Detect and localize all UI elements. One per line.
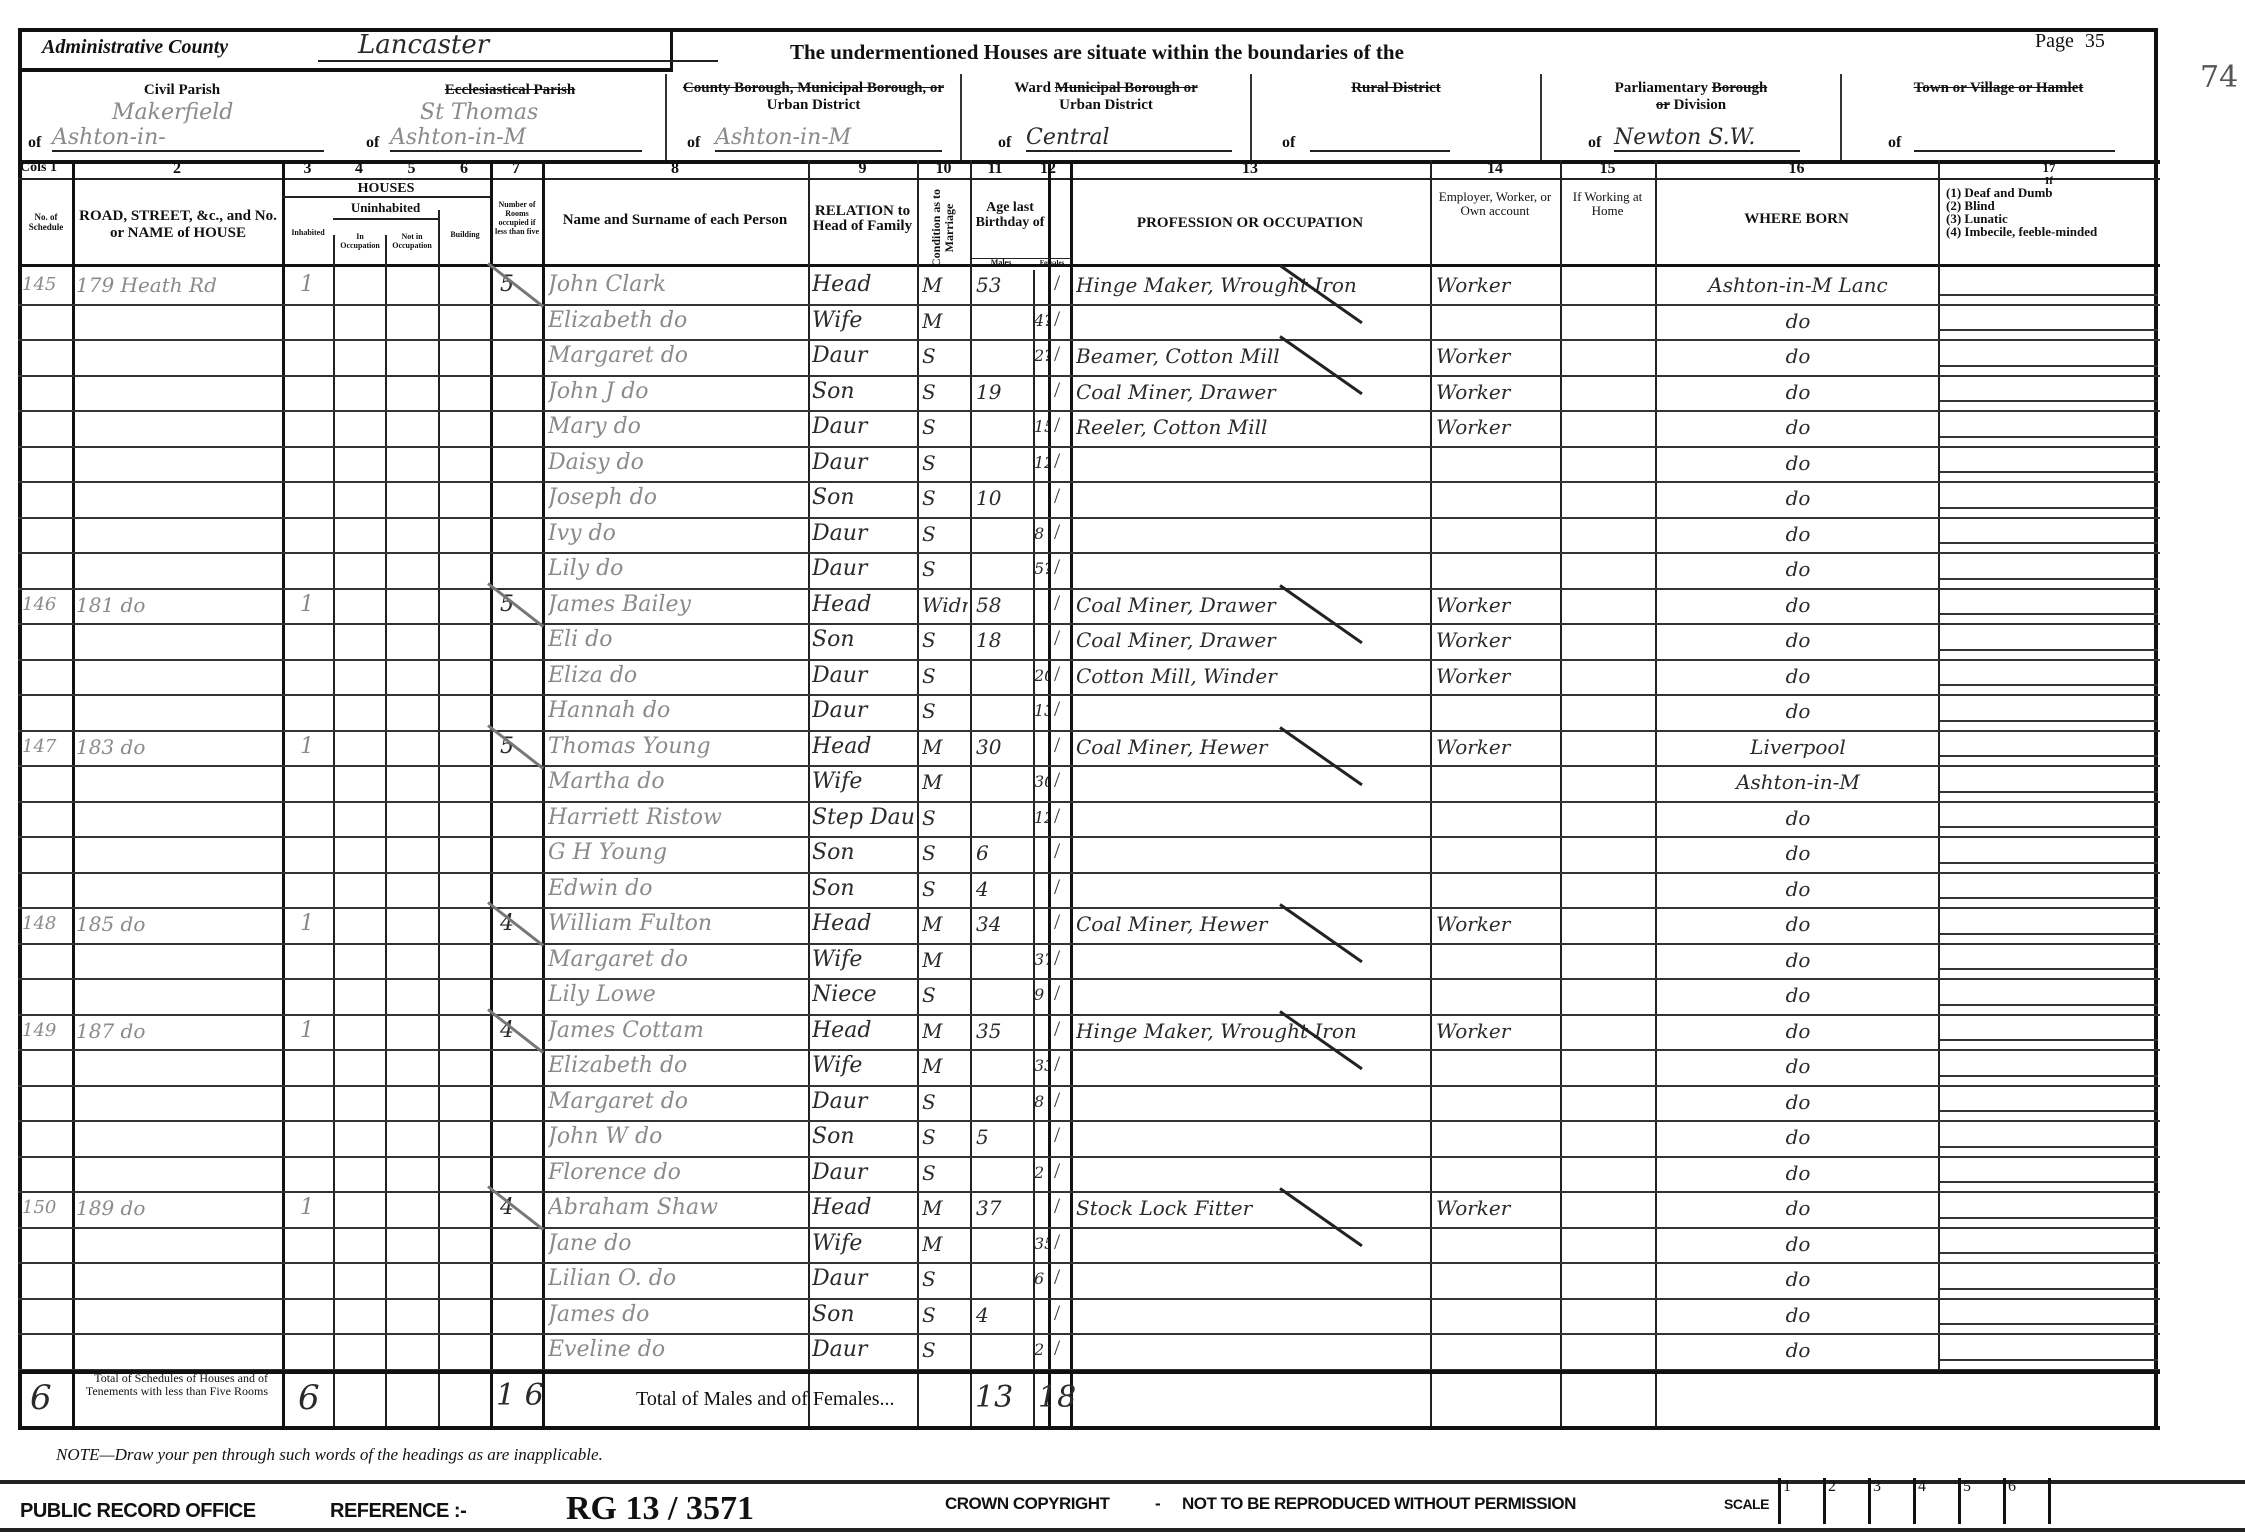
cell-age-f: 35 — [1034, 1227, 1048, 1261]
cell-inhabited — [300, 978, 330, 1012]
cell-inhabited: 1 — [300, 907, 330, 941]
cell-name: Lily Lowe — [548, 978, 806, 1012]
cell-name: James Bailey — [548, 588, 806, 622]
cell-address — [76, 1333, 280, 1367]
cell-relation: Daur — [812, 694, 916, 728]
infirmity-rule — [1940, 968, 2158, 970]
check-mark-icon: / — [1054, 980, 1060, 1006]
total-rooms-a: 1 — [496, 1378, 515, 1413]
cell-relation: Wife — [812, 1049, 916, 1083]
total-females: 18 — [1038, 1380, 1076, 1415]
cell-employment: Worker — [1436, 907, 1558, 941]
cell-relation: Daur — [812, 517, 916, 551]
cell-address — [76, 304, 280, 338]
area-ward: Ward Municipal Borough or Urban District… — [960, 74, 1250, 160]
of-label: of — [1282, 134, 1295, 152]
cell-born: do — [1660, 588, 1936, 622]
cell-condition: S — [922, 375, 968, 409]
total-males: 13 — [975, 1380, 1013, 1415]
cell-address — [76, 1085, 280, 1119]
check-mark-icon: / — [1054, 483, 1060, 509]
cell-address — [76, 978, 280, 1012]
cell-name: Eliza do — [548, 659, 806, 693]
cell-relation: Daur — [812, 446, 916, 480]
cell-relation: Step Daur — [812, 801, 916, 835]
cell-inhabited — [300, 1120, 330, 1154]
cell-schedule — [22, 1120, 72, 1154]
col-divider — [808, 160, 810, 1430]
check-mark-icon: / — [1054, 945, 1060, 971]
cell-age-m: 37 — [976, 1191, 1030, 1225]
cell-name: Margaret do — [548, 1085, 806, 1119]
cell-born: do — [1660, 801, 1936, 835]
cell-inhabited — [300, 1333, 330, 1367]
area-label: Rural District — [1252, 80, 1540, 97]
cell-inhabited — [300, 1298, 330, 1332]
cell-relation: Daur — [812, 1156, 916, 1190]
cell-address — [76, 836, 280, 870]
infirmity-rule — [1940, 1252, 2158, 1254]
totals-bottom-border — [18, 1426, 2160, 1430]
cell-condition: S — [922, 872, 968, 906]
cell-relation: Daur — [812, 339, 916, 373]
cell-employment: Worker — [1436, 268, 1558, 302]
cell-born: do — [1660, 304, 1936, 338]
cell-born: do — [1660, 410, 1936, 444]
col-age-heading: Age last Birthday of — [972, 200, 1048, 230]
colnum-4: 4 — [333, 160, 385, 180]
cell-age-f — [1034, 730, 1048, 764]
cell-condition: S — [922, 1262, 968, 1296]
cell-address — [76, 410, 280, 444]
area-value: Ashton-in- — [52, 125, 324, 152]
cell-address — [76, 552, 280, 586]
uninhabited-heading: Uninhabited — [333, 200, 438, 215]
cell-schedule — [22, 410, 72, 444]
cell-age-m — [976, 943, 1030, 977]
cell-born: do — [1660, 339, 1936, 373]
cell-rooms — [500, 304, 540, 338]
of-label: of — [687, 134, 700, 152]
check-mark-icon: / — [1054, 554, 1060, 580]
cell-relation: Son — [812, 375, 916, 409]
cell-address — [76, 1298, 280, 1332]
cell-address — [76, 1262, 280, 1296]
page-label: Page — [2035, 30, 2074, 52]
cell-address — [76, 1120, 280, 1154]
cell-employment — [1436, 694, 1558, 728]
cell-address: 189 do — [76, 1191, 280, 1225]
footer-scale-label: SCALE — [1724, 1496, 1769, 1512]
cell-age-m: 5 — [976, 1120, 1030, 1154]
cell-relation: Wife — [812, 765, 916, 799]
cell-age-f: 37 — [1034, 943, 1048, 977]
cell-address — [76, 375, 280, 409]
cell-employment — [1436, 1085, 1558, 1119]
cell-inhabited — [300, 552, 330, 586]
cell-age-f: 8 — [1034, 517, 1048, 551]
col-divider — [385, 235, 387, 1430]
cell-occupation — [1076, 1298, 1428, 1332]
scale-tick: 6 — [2003, 1478, 2047, 1524]
cell-rooms — [500, 446, 540, 480]
cell-employment: Worker — [1436, 730, 1558, 764]
cell-schedule — [22, 1156, 72, 1190]
cell-occupation — [1076, 978, 1428, 1012]
check-mark-icon: / — [1054, 306, 1060, 332]
cell-employment — [1436, 1333, 1558, 1367]
footer-reference-label: REFERENCE :- — [330, 1500, 466, 1523]
cell-relation: Son — [812, 481, 916, 515]
footer-restriction: NOT TO BE REPRODUCED WITHOUT PERMISSION — [1182, 1494, 1576, 1514]
cell-occupation: Cotton Mill, Winder — [1076, 659, 1428, 693]
check-mark-icon: / — [1054, 1335, 1060, 1361]
cell-age-m — [976, 1085, 1030, 1119]
cell-relation: Son — [812, 623, 916, 657]
cell-relation: Head — [812, 588, 916, 622]
cell-schedule — [22, 623, 72, 657]
cell-condition: S — [922, 978, 968, 1012]
cell-age-m: 34 — [976, 907, 1030, 941]
cell-born: do — [1660, 943, 1936, 977]
area-rural-district: Rural District of — [1250, 74, 1540, 160]
cell-name: John J do — [548, 375, 806, 409]
cell-employment — [1436, 1262, 1558, 1296]
col-divider — [438, 210, 440, 1430]
cell-inhabited — [300, 375, 330, 409]
cell-condition: S — [922, 801, 968, 835]
cell-schedule — [22, 375, 72, 409]
cell-rooms — [500, 1085, 540, 1119]
check-mark-icon: / — [1054, 1264, 1060, 1290]
cell-relation: Son — [812, 836, 916, 870]
check-mark-icon: / — [1054, 590, 1060, 616]
cell-address — [76, 1049, 280, 1083]
cell-address: 185 do — [76, 907, 280, 941]
cell-rooms — [500, 943, 540, 977]
cell-address — [76, 339, 280, 373]
cell-age-f — [1034, 1120, 1048, 1154]
cell-schedule — [22, 1227, 72, 1261]
cell-relation: Son — [812, 1298, 916, 1332]
cell-age-f: 4? — [1034, 304, 1048, 338]
check-mark-icon: / — [1054, 448, 1060, 474]
cell-born: do — [1660, 1298, 1936, 1332]
cell-schedule — [22, 694, 72, 728]
cell-address: 187 do — [76, 1014, 280, 1048]
scale-tick: 5 — [1958, 1478, 2002, 1524]
cell-name: Martha do — [548, 765, 806, 799]
infirmity-rule — [1940, 1359, 2158, 1361]
check-mark-icon: / — [1054, 1016, 1060, 1042]
cell-condition: S — [922, 552, 968, 586]
cell-rooms — [500, 765, 540, 799]
cell-employment — [1436, 481, 1558, 515]
cell-occupation — [1076, 552, 1428, 586]
cell-occupation — [1076, 481, 1428, 515]
cell-rooms — [500, 1049, 540, 1083]
infirmity-rule — [1940, 365, 2158, 367]
cell-age-f: 33 — [1034, 1049, 1048, 1083]
infirmity-rule — [1940, 471, 2158, 473]
page-title: The undermentioned Houses are situate wi… — [790, 40, 1404, 65]
col-relation-heading: RELATION to Head of Family — [810, 204, 915, 234]
cell-schedule — [22, 765, 72, 799]
area-label-struck: Municipal Borough or — [1055, 80, 1198, 96]
cell-inhabited — [300, 765, 330, 799]
cell-schedule — [22, 1049, 72, 1083]
cell-name: William Fulton — [548, 907, 806, 941]
county-label: Administrative County — [42, 36, 228, 59]
check-mark-icon: / — [1054, 625, 1060, 651]
of-label: of — [1888, 134, 1901, 152]
page-number: 35 — [2085, 30, 2105, 52]
cell-name: Mary do — [548, 410, 806, 444]
cell-rooms — [500, 552, 540, 586]
cell-condition: M — [922, 730, 968, 764]
area-value: Central — [1026, 125, 1232, 152]
infirmity-rule — [1940, 578, 2158, 580]
cell-age-m — [976, 1049, 1030, 1083]
cell-address — [76, 801, 280, 835]
col-males-heading: Males — [972, 259, 1030, 267]
check-mark-icon: / — [1054, 1087, 1060, 1113]
colnum-2: 2 — [72, 160, 282, 180]
col-infirmity-heading: (1) Deaf and Dumb (2) Blind (3) Lunatic … — [1946, 186, 2156, 238]
cell-relation: Wife — [812, 304, 916, 338]
cell-rooms — [500, 694, 540, 728]
col-females-heading: Females — [1034, 259, 1070, 267]
col-divider — [970, 160, 972, 1430]
col-employment-heading: Employer, Worker, or Own account — [1432, 190, 1558, 218]
area-value — [1914, 150, 2115, 152]
cell-employment — [1436, 1049, 1558, 1083]
cell-schedule — [22, 1298, 72, 1332]
cell-age-f: 5? — [1034, 552, 1048, 586]
cell-inhabited — [300, 836, 330, 870]
cell-name: Daisy do — [548, 446, 806, 480]
cell-age-m — [976, 1227, 1030, 1261]
cell-rooms — [500, 1262, 540, 1296]
check-mark-icon: / — [1054, 767, 1060, 793]
cell-name: Eveline do — [548, 1333, 806, 1367]
cell-employment — [1436, 943, 1558, 977]
check-mark-icon: / — [1054, 661, 1060, 687]
cell-age-m — [976, 978, 1030, 1012]
col-divider — [72, 160, 75, 1430]
cell-born: do — [1660, 1333, 1936, 1367]
footer-bottom-rule — [0, 1528, 2245, 1532]
infirmity-rule — [1940, 862, 2158, 864]
cell-condition: M — [922, 1191, 968, 1225]
cell-inhabited: 1 — [300, 588, 330, 622]
cell-address — [76, 517, 280, 551]
check-mark-icon: / — [1054, 519, 1060, 545]
area-label: Urban District — [667, 97, 960, 114]
check-mark-icon: / — [1054, 270, 1060, 296]
cell-age-f: 2 — [1034, 1333, 1048, 1367]
cell-schedule — [22, 517, 72, 551]
area-parliamentary-division: Parliamentary Borough or Division of New… — [1540, 74, 1840, 160]
footer-copyright: CROWN COPYRIGHT — [945, 1494, 1109, 1514]
check-mark-icon: / — [1054, 1193, 1060, 1219]
cell-age-m — [976, 339, 1030, 373]
cell-occupation — [1076, 1156, 1428, 1190]
colnum-13: 13 — [1070, 160, 1430, 180]
cell-schedule: 147 — [22, 730, 72, 764]
cell-age-f: 2 — [1034, 1156, 1048, 1190]
cell-occupation — [1076, 836, 1428, 870]
cell-occupation — [1076, 517, 1428, 551]
cell-inhabited — [300, 1049, 330, 1083]
colnum-10: 10 — [917, 160, 970, 180]
colnum-1: Cols 1 — [20, 160, 72, 180]
infirmity-rule — [1940, 755, 2158, 757]
total-persons-label: Total of Males and of Females... — [636, 1388, 895, 1411]
cell-relation: Niece — [812, 978, 916, 1012]
col-divider — [1655, 160, 1657, 1430]
cell-name: G H Young — [548, 836, 806, 870]
cell-condition: S — [922, 1333, 968, 1367]
scale-tick: 1 — [1778, 1478, 1822, 1524]
scale-end — [2048, 1478, 2053, 1524]
cell-age-m: 4 — [976, 872, 1030, 906]
cell-rooms — [500, 1156, 540, 1190]
infirmity-rule — [1940, 826, 2158, 828]
area-label: Ecclesiastical Parish — [360, 82, 660, 99]
check-mark-icon: / — [1054, 838, 1060, 864]
area-label: Civil Parish — [22, 82, 342, 99]
cell-schedule — [22, 1333, 72, 1367]
cell-age-f — [1034, 268, 1048, 302]
total-rooms: 1 6 — [496, 1378, 544, 1413]
infirmity-rule — [1940, 791, 2158, 793]
cell-rooms — [500, 410, 540, 444]
cell-born: do — [1660, 907, 1936, 941]
cell-condition: S — [922, 694, 968, 728]
cell-born: do — [1660, 446, 1936, 480]
cell-employment — [1436, 304, 1558, 338]
cell-born: Liverpool — [1660, 730, 1936, 764]
cell-address — [76, 659, 280, 693]
cell-age-f: 8 — [1034, 1085, 1048, 1119]
cell-relation: Wife — [812, 943, 916, 977]
cell-employment — [1436, 978, 1558, 1012]
cell-condition: M — [922, 943, 968, 977]
cell-employment — [1436, 872, 1558, 906]
infirmity-rule — [1940, 1075, 2158, 1077]
colnum-11: 11 — [970, 160, 1020, 180]
cell-schedule — [22, 978, 72, 1012]
county-value: Lancaster — [318, 30, 718, 62]
cell-born: do — [1660, 552, 1936, 586]
cell-age-m — [976, 446, 1030, 480]
cell-occupation — [1076, 943, 1428, 977]
cell-schedule: 148 — [22, 907, 72, 941]
infirmity-rule — [1940, 1181, 2158, 1183]
col-divider — [282, 160, 285, 1430]
cell-age-f — [1034, 1014, 1048, 1048]
cell-inhabited — [300, 943, 330, 977]
colnum-7: 7 — [490, 160, 542, 180]
cell-born: do — [1660, 1014, 1936, 1048]
col-address-heading: ROAD, STREET, &c., and No. or NAME of HO… — [76, 208, 280, 242]
cell-occupation — [1076, 1262, 1428, 1296]
area-ecclesiastical-parish: Ecclesiastical Parish St Thomas of Ashto… — [360, 74, 660, 160]
check-mark-icon: / — [1054, 377, 1060, 403]
cell-rooms: 5 — [500, 730, 540, 764]
cell-born: do — [1660, 1120, 1936, 1154]
cell-name: Lilian O. do — [548, 1262, 806, 1296]
col-divider — [1430, 160, 1432, 1430]
cell-born: do — [1660, 978, 1936, 1012]
area-civil-parish: Civil Parish Makerfield of Ashton-in- — [22, 74, 342, 160]
cell-inhabited — [300, 1085, 330, 1119]
cell-age-m — [976, 304, 1030, 338]
cell-occupation — [1076, 1085, 1428, 1119]
cell-employment — [1436, 765, 1558, 799]
cell-condition: M — [922, 1049, 968, 1083]
cell-schedule: 146 — [22, 588, 72, 622]
infirmity-rule — [1940, 436, 2158, 438]
cell-age-f: 12 — [1034, 446, 1048, 480]
infirmity-rule — [1940, 1039, 2158, 1041]
check-mark-icon: / — [1054, 412, 1060, 438]
cell-relation: Head — [812, 730, 916, 764]
cell-age-f — [1034, 1298, 1048, 1332]
col-divider — [1048, 160, 1051, 1430]
header-bottom-border — [18, 264, 2160, 267]
cell-rooms: 4 — [500, 1014, 540, 1048]
totals-top-border — [18, 1370, 2160, 1374]
cell-age-f: 13 — [1034, 694, 1048, 728]
cell-occupation — [1076, 694, 1428, 728]
scale-tick: 4 — [1913, 1478, 1957, 1524]
cell-name: Hannah do — [548, 694, 806, 728]
cell-address — [76, 481, 280, 515]
col-inhabited-heading: Inhabited — [284, 228, 332, 237]
cell-name: Jane do — [548, 1227, 806, 1261]
col-where-born-heading: WHERE BORN — [1655, 212, 1938, 227]
cell-employment: Worker — [1436, 1014, 1558, 1048]
scale-tick: 2 — [1823, 1478, 1867, 1524]
of-label: of — [998, 134, 1011, 152]
area-label: Parliamentary — [1615, 80, 1708, 96]
area-value: Ashton-in-M — [715, 125, 942, 152]
cell-occupation — [1076, 446, 1428, 480]
cell-rooms — [500, 801, 540, 835]
cell-occupation — [1076, 1120, 1428, 1154]
colnum-3: 3 — [282, 160, 333, 180]
infirmity-rule — [1940, 1110, 2158, 1112]
cell-inhabited: 1 — [300, 730, 330, 764]
footer-dash: - — [1155, 1494, 1160, 1514]
check-mark-icon: / — [1054, 1300, 1060, 1326]
cell-age-f — [1034, 836, 1048, 870]
cell-age-m: 58 — [976, 588, 1030, 622]
cell-name: James Cottam — [548, 1014, 806, 1048]
cell-born: do — [1660, 1262, 1936, 1296]
cell-condition: S — [922, 1156, 968, 1190]
cell-age-f — [1034, 1191, 1048, 1225]
col-divider — [490, 160, 493, 1430]
cell-address — [76, 446, 280, 480]
cell-age-m: 18 — [976, 623, 1030, 657]
infirmity-rule — [1940, 507, 2158, 509]
cell-inhabited: 1 — [300, 1014, 330, 1048]
colnum-8: 8 — [542, 160, 808, 180]
infirmity-rule — [1940, 1004, 2158, 1006]
